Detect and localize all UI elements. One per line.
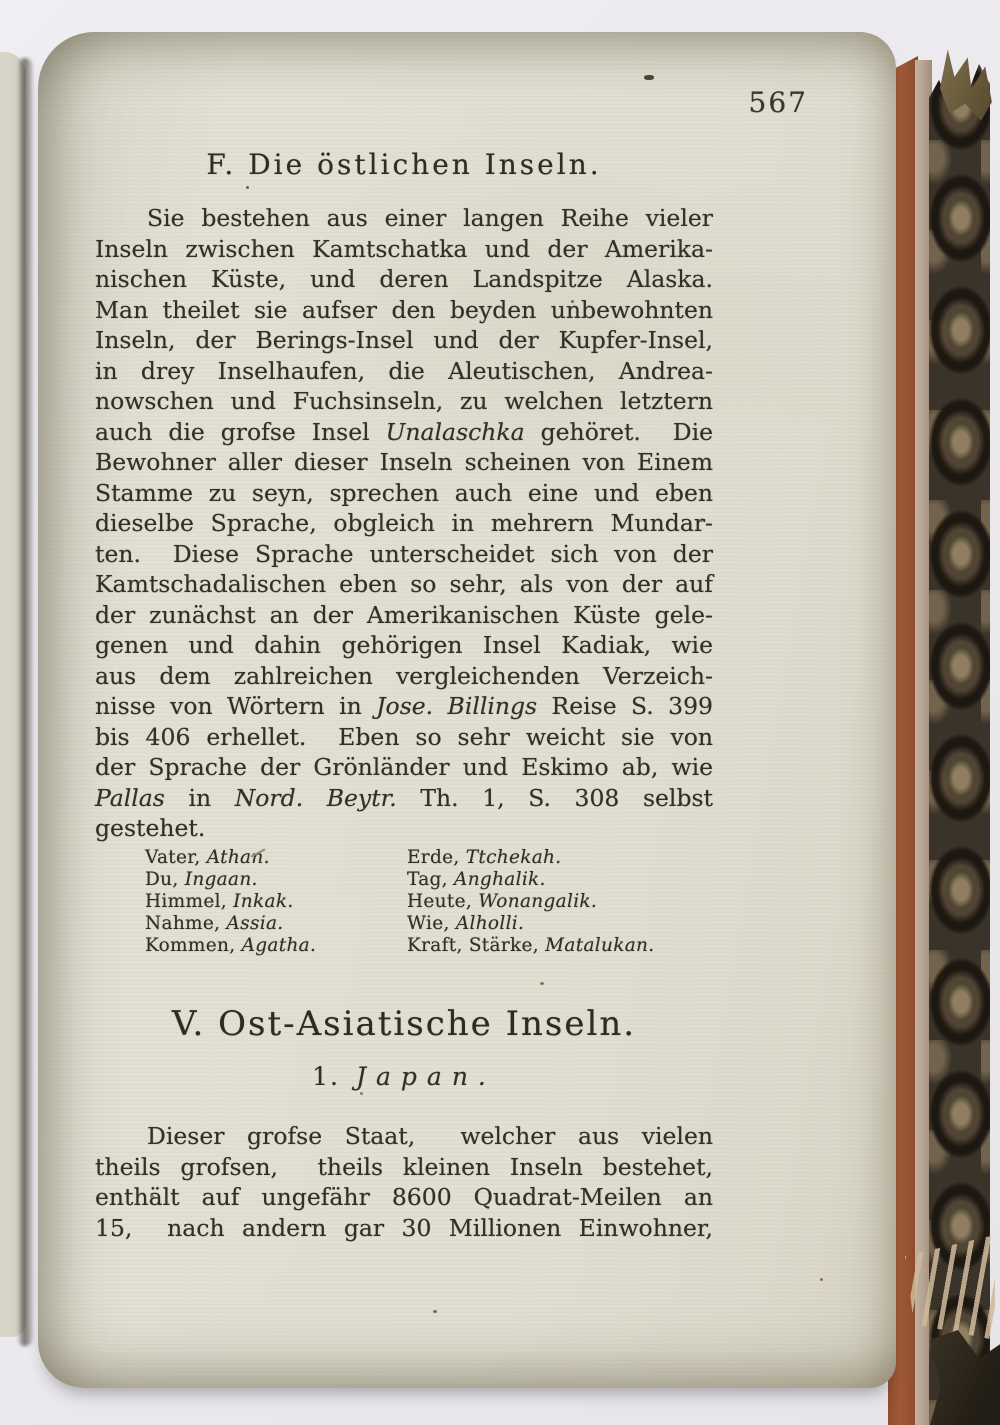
vocabulary-row: Himmel, Inkak. Heute, Wonangalik. [145, 891, 713, 913]
text-line: enthält auf ungefähr 8600 Quadrat-Meilen… [95, 1182, 713, 1213]
photo-background: 567 F. Die östlichen Inseln. Sie bestehe… [0, 0, 1000, 1425]
section-v-heading: V. Ost-Asiatische Inseln. [95, 1004, 713, 1044]
vocabulary-row: Du, Ingaan. Tag, Anghalik. [145, 869, 713, 891]
text-line: Kamtschadalischen eben so sehr, als von … [95, 569, 713, 600]
text-line: Stamme zu seyn, sprechen auch eine und e… [95, 478, 713, 509]
vocab-cell: Nahme, Assia. [145, 913, 407, 935]
vocab-cell: Tag, Anghalik. [407, 869, 713, 891]
paper-speck [820, 1278, 823, 1281]
vocabulary-list: Vater, Athan. Erde, Ttchekah. Du, Ingaan… [145, 847, 713, 956]
text-line: Pallas in Nord. Beytr. Th. 1, S. 308 sel… [95, 783, 713, 814]
section-v-paragraph: Dieser grofse Staat, welcher aus vielen … [95, 1121, 713, 1243]
text-line: nischen Küste, und deren Landspitze Alas… [95, 264, 713, 295]
page-number: 567 [555, 86, 808, 119]
paper-speck [571, 300, 574, 303]
paper-speck [700, 520, 703, 522]
paper-speck [246, 186, 249, 189]
text-line: Inseln zwischen Kamtschatka und der Amer… [95, 234, 713, 265]
vocab-cell: Himmel, Inkak. [145, 891, 407, 913]
text-line: dieselbe Sprache, obgleich in mehrern Mu… [95, 508, 713, 539]
text-line: Bewohner aller dieser Inseln scheinen vo… [95, 447, 713, 478]
section-f-paragraph: Sie bestehen aus einer langen Reihe viel… [95, 203, 713, 844]
japan-subheading: 1.Japan. [95, 1062, 713, 1091]
text-line: Dieser grofse Staat, welcher aus vielen [95, 1121, 713, 1152]
japan-number: 1. [312, 1062, 340, 1091]
text-line: Inseln, der Berings-Insel und der Kupfer… [95, 325, 713, 356]
section-f-heading: F. Die östlichen Inseln. [95, 148, 713, 181]
vocabulary-row: Kommen, Agatha. Kraft, Stärke, Matalukan… [145, 935, 713, 957]
vocab-cell: Du, Ingaan. [145, 869, 407, 891]
vocab-cell: Wie, Alholli. [407, 913, 713, 935]
text-line: aus dem zahlreichen vergleichenden Verze… [95, 661, 713, 692]
text-line: Man theilet sie aufser den beyden unbewo… [95, 295, 713, 326]
vocabulary-row: Vater, Athan. Erde, Ttchekah. [145, 847, 713, 869]
text-line: in drey Inselhaufen, die Aleutischen, An… [95, 356, 713, 387]
text-line: auch die grofse Insel Unalaschka gehöret… [95, 417, 713, 448]
paper-speck [360, 1092, 363, 1095]
text-line: 15, nach andern gar 30 Millionen Einwohn… [95, 1213, 713, 1244]
text-line: der Sprache der Grönländer und Eskimo ab… [95, 752, 713, 783]
vocab-cell: Vater, Athan. [145, 847, 407, 869]
vocab-cell: Erde, Ttchekah. [407, 847, 713, 869]
paper-speck [540, 982, 544, 985]
vocab-cell: Kraft, Stärke, Matalukan. [407, 935, 713, 957]
book-gutter-shadow [17, 58, 33, 1346]
vocabulary-row: Nahme, Assia. Wie, Alholli. [145, 913, 713, 935]
paper-speck [150, 1195, 154, 1198]
japan-name: Japan. [356, 1062, 496, 1091]
vocab-cell: Kommen, Agatha. [145, 935, 407, 957]
text-line: theils grofsen, theils kleinen Inseln be… [95, 1152, 713, 1183]
marbled-cover-edge [929, 50, 990, 1425]
text-line: nisse von Wörtern in Jose. Billings Reis… [95, 691, 713, 722]
text-line: gestehet. [95, 813, 713, 844]
text-line: genen und dahin gehörigen Insel Kadiak, … [95, 630, 713, 661]
text-line: Sie bestehen aus einer langen Reihe viel… [95, 203, 713, 234]
text-line: nowschen und Fuchsinseln, zu welchen let… [95, 386, 713, 417]
text-line: ten. Diese Sprache unterscheidet sich vo… [95, 539, 713, 570]
text-line: bis 406 erhellet. Eben so sehr weicht si… [95, 722, 713, 753]
text-line: der zunächst an der Amerikanischen Küste… [95, 600, 713, 631]
ink-smudge [644, 75, 654, 80]
vocab-cell: Heute, Wonangalik. [407, 891, 713, 913]
paper-speck [433, 1310, 437, 1313]
